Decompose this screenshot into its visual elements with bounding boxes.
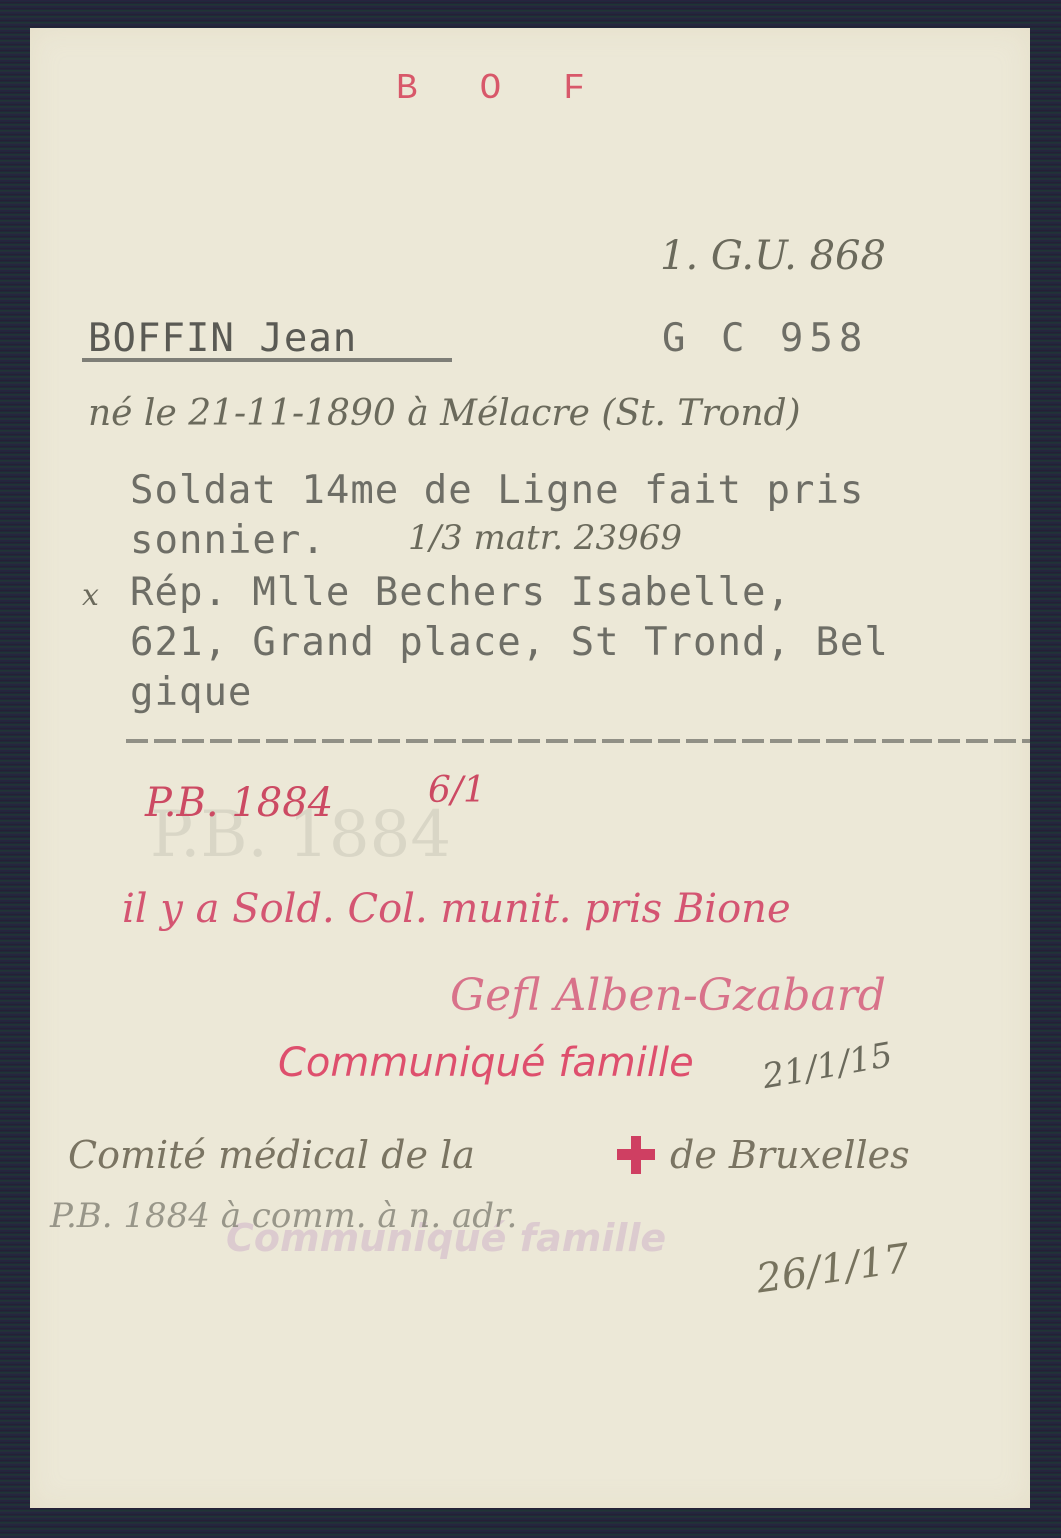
final-date: 26/1/17 [754, 1235, 913, 1302]
communique-stamp: Communiqué famille [278, 1040, 694, 1086]
header-code: BOF [396, 68, 647, 109]
typed-line-2: sonnier. [130, 518, 326, 563]
typed-line-3: Rép. Mlle Bechers Isabelle, [130, 570, 791, 615]
separator-rule [126, 739, 1030, 743]
typed-line-4: 621, Grand place, St Trond, Bel [130, 620, 889, 665]
index-card: BOF 1. G.U. 868 BOFFIN Jean G C 958 né l… [30, 28, 1030, 1508]
check-mark: x [82, 578, 99, 613]
typed-line-1: Soldat 14me de Ligne fait pris [130, 468, 864, 513]
name-underline [82, 358, 452, 362]
pb-suffix: 6/1 [428, 770, 486, 811]
reference-handwritten: 1. G.U. 868 [660, 233, 886, 279]
typed-line-5: gique [130, 670, 252, 715]
stamp-date: 21/1/15 [760, 1035, 896, 1097]
committee-line-end: de Bruxelles [670, 1133, 910, 1177]
committee-line-start: Comité médical de la [68, 1133, 475, 1177]
red-signature: Gefl Alben-Gzabard [450, 970, 886, 1021]
red-note: il y a Sold. Col. munit. pris Bione [122, 886, 791, 932]
pencil-note: P.B. 1884 à comm. à n. adr. [50, 1196, 517, 1236]
red-cross-icon [617, 1136, 655, 1174]
pb-number: P.B. 1884 [145, 780, 333, 826]
matricule-note: 1/3 matr. 23969 [408, 518, 682, 558]
reference-typed: G C 958 [662, 316, 868, 361]
person-name: BOFFIN Jean [88, 316, 357, 361]
birth-line: né le 21-11-1890 à Mélacre (St. Trond) [88, 393, 801, 434]
